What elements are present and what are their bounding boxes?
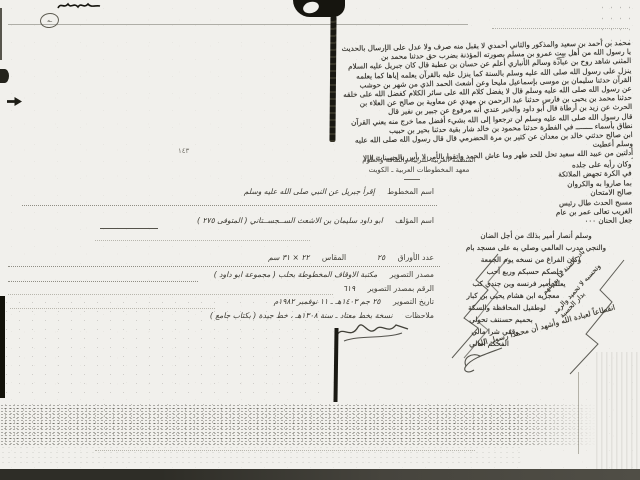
film-strip-edge xyxy=(329,16,336,142)
form-row-source-number: الرقم بمصدر التصوير ٦١٩ xyxy=(343,284,434,293)
ink-blotch xyxy=(0,69,9,83)
form-row-author: اسم المؤلف ابو داود سليمان بن الاشعث الس… xyxy=(197,216,434,225)
field-label: تاريخ التصوير xyxy=(393,297,434,306)
circled-annotation: ـه xyxy=(39,12,60,29)
scan-fold-line xyxy=(492,28,628,29)
scan-edge-line xyxy=(0,8,2,60)
field-value: إقرأ جبريل عن النبي صلى الله عليه وسلم xyxy=(244,187,375,196)
field-rule xyxy=(22,205,437,206)
blob-highlight xyxy=(302,0,320,15)
arrow-mark-icon xyxy=(7,97,22,106)
signature-scribble xyxy=(330,315,415,345)
scan-fold-line xyxy=(8,24,468,25)
field-value: ابو داود سليمان بن الاشعث الســجســتاني … xyxy=(197,216,383,225)
form-row-folios-size: عدد الأوراق ٢٥ المقاس ٢٢ × ٣١ سم xyxy=(268,253,434,262)
photocopy-noise-band xyxy=(0,445,520,467)
institute-name: المنظمة العربية للتربية والثقافة والعلوم xyxy=(344,156,494,166)
field-value: ٢٢ × ٣١ سم xyxy=(268,253,309,262)
field-rule xyxy=(10,308,215,309)
field-label: اسم المخطوط xyxy=(387,187,434,196)
manuscript-line: جعل الحنان ٠٠٠ xyxy=(448,216,632,229)
binding-shadow-blob xyxy=(293,0,345,17)
field-rule xyxy=(8,294,333,295)
institute-header: المنظمة العربية للتربية والثقافة والعلوم… xyxy=(344,156,494,175)
form-row-photo-date: تاريخ التصوير ٢٥ جم ١٤٠٣هـ ـ ١١ نوفمبر ١… xyxy=(274,297,434,306)
field-rule xyxy=(8,266,440,267)
field-value: ٢٥ xyxy=(377,253,385,262)
scanned-catalog-card: ـه ــے محمد بن أحمد بن سعيد والمذكور وال… xyxy=(0,0,640,480)
field-rule xyxy=(95,240,310,241)
field-rule xyxy=(100,228,158,229)
field-label: المقاس xyxy=(322,253,346,262)
field-label: مصدر التصوير xyxy=(390,270,434,279)
page-edge-streaks xyxy=(596,352,640,480)
header-underline xyxy=(404,179,420,180)
field-value: مكتبة الاوقاف المخطوطة بحلب ( مجموعة ابو… xyxy=(214,270,378,279)
field-rule xyxy=(8,281,198,282)
field-value: ٢٥ جم ١٤٠٣هـ ـ ١١ نوفمبر ١٩٨٢م xyxy=(274,297,381,306)
field-label: الرقم بمصدر التصوير xyxy=(368,284,434,293)
field-value: ٦١٩ xyxy=(343,284,355,293)
page-number-stamp: ١٤٣ xyxy=(178,147,189,155)
field-label: اسم المؤلف xyxy=(395,216,434,225)
photocopy-noise-band xyxy=(0,404,598,445)
field-label: عدد الأوراق xyxy=(398,253,434,262)
form-row-photo-source: مصدر التصوير مكتبة الاوقاف المخطوطة بحلب… xyxy=(214,270,434,279)
form-row-title: اسم المخطوط إقرأ جبريل عن النبي صلى الله… xyxy=(244,187,434,196)
scan-bottom-bar xyxy=(0,469,640,480)
pen-scribble-icon xyxy=(56,1,102,11)
institute-branch: معهد المخطوطات العربية ـ الكويت xyxy=(344,166,494,176)
scan-edge-bar xyxy=(0,296,5,398)
manuscript-text-block: محمد بن أحمد بن سعيد والمذكور والثاني أح… xyxy=(337,38,633,165)
scan-artifact-bar xyxy=(333,328,338,402)
colophon-line: وسلم أنصار أمير بذلك من أجل الضان xyxy=(444,230,628,242)
